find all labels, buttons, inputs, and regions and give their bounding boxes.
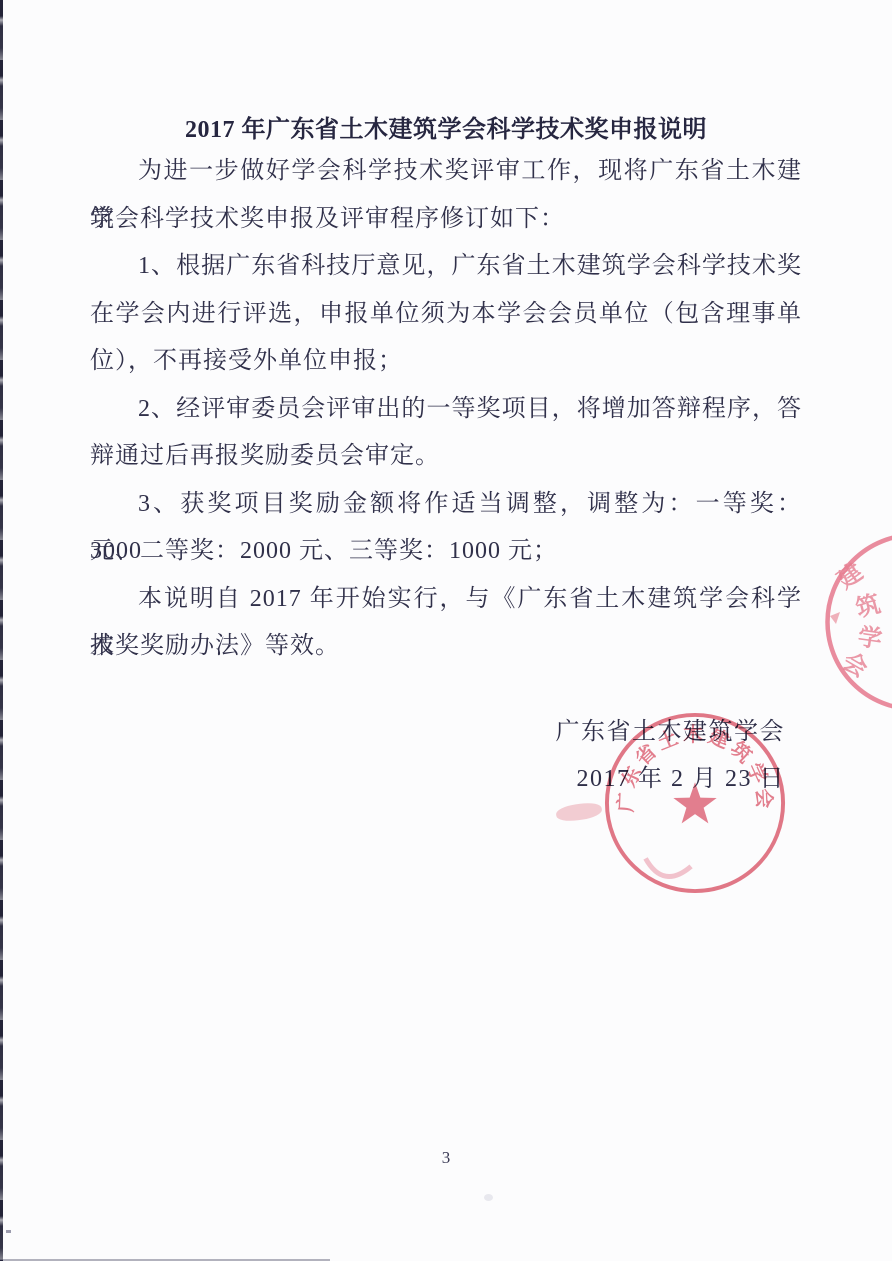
paragraph-line: 3、获奖项目奖励金额将作适当调整，调整为：一等奖：3000	[90, 481, 802, 529]
partial-seal-char: 学	[856, 623, 884, 653]
paragraph: 1、根据广东省科技厅意见，广东省土木建筑学会科学技术奖 在学会内进行评选，申报单…	[90, 243, 802, 386]
organization-seal-stamp: 广东省土木建筑学会	[602, 710, 790, 898]
seal-ink-smudge	[555, 801, 603, 823]
paragraph-line: 术奖奖励办法》等效。	[90, 623, 802, 671]
paragraph-line: 2、经评审委员会评审出的一等奖项目，将增加答辩程序，答	[90, 386, 802, 434]
scan-speck	[484, 1194, 493, 1201]
scan-edge-artifact-left	[0, 0, 3, 1261]
document-title: 2017 年广东省土木建筑学会科学技术奖申报说明	[90, 112, 802, 148]
paragraph: 3、获奖项目奖励金额将作适当调整，调整为：一等奖：3000 元、二等奖：2000…	[90, 481, 802, 576]
paragraph-line: 元、二等奖：2000 元、三等奖：1000 元；	[90, 528, 802, 576]
paragraph-line: 位），不再接受外单位申报；	[90, 338, 802, 386]
paragraph-line: 本说明自 2017 年开始实行，与《广东省土木建筑学会科学技	[90, 576, 802, 624]
partial-seal-char: 筑	[853, 590, 883, 622]
paragraph: 2、经评审委员会评审出的一等奖项目，将增加答辩程序，答 辩通过后再报奖励委员会审…	[90, 386, 802, 481]
partial-seal-char: 建	[833, 558, 868, 594]
document-body: 2017 年广东省土木建筑学会科学技术奖申报说明 为进一步做好学会科学技术奖评审…	[90, 112, 802, 804]
scanned-document-page: 2017 年广东省土木建筑学会科学技术奖申报说明 为进一步做好学会科学技术奖评审…	[0, 0, 892, 1261]
paragraph-line: 学会科学技术奖申报及评审程序修订如下：	[90, 196, 802, 244]
partial-seal-char: 会	[838, 647, 873, 683]
paragraph-line: 辩通过后再报奖励委员会审定。	[90, 433, 802, 481]
paragraph-line: 在学会内进行评选，申报单位须为本学会会员单位（包含理事单	[90, 291, 802, 339]
partial-star-tip-icon	[830, 612, 840, 624]
paragraph: 为进一步做好学会科学技术奖评审工作，现将广东省土木建筑 学会科学技术奖申报及评审…	[90, 148, 802, 243]
scan-speck	[6, 1230, 11, 1233]
seal-ink-stroke	[646, 858, 692, 876]
paragraph-line: 1、根据广东省科技厅意见，广东省土木建筑学会科学技术奖	[90, 243, 802, 291]
paragraph: 本说明自 2017 年开始实行，与《广东省土木建筑学会科学技 术奖奖励办法》等效…	[90, 576, 802, 671]
page-number: 3	[0, 1148, 892, 1168]
paragraph-line: 为进一步做好学会科学技术奖评审工作，现将广东省土木建筑	[90, 148, 802, 196]
star-icon	[673, 782, 716, 823]
partial-seal-stamp: 建 筑 学 会	[800, 512, 892, 752]
